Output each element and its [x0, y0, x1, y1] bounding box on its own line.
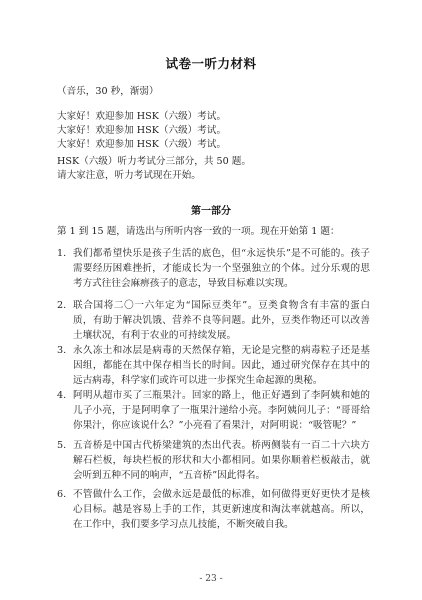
intro-music-note: （音乐，30 秒，渐弱） [57, 85, 372, 99]
page-title: 试卷一听力材料 [0, 54, 422, 72]
item-number: 6. [57, 487, 66, 502]
item-number: 1. [57, 246, 66, 261]
page-number: - 23 - [0, 574, 422, 584]
instruction-line: HSK（六级）听力考试分三部分，共 50 题。 [57, 155, 372, 169]
item-text: 五音桥是中国古代桥梁建筑的杰出代表。桥两侧装有一百二十六块方解石栏板，每块栏板的… [73, 438, 370, 483]
item-number: 2. [57, 298, 66, 313]
list-item: 4. 阿明从超市买了三瓶果汁。回家的路上，他正好遇到了李阿姨和她的儿子小亮，于是… [57, 388, 370, 433]
document-page: 试卷一听力材料 （音乐，30 秒，渐弱） 大家好！欢迎参加 HSK（六级）考试。… [0, 0, 422, 600]
list-item: 5. 五音桥是中国古代桥梁建筑的杰出代表。桥两侧装有一百二十六块方解石栏板，每块… [57, 438, 370, 483]
list-item: 3. 永久冻土和冰层是病毒的天然保存箱，无论是完整的病毒粒子还是基因组，都能在其… [57, 343, 370, 388]
section-instruction: 第 1 到 15 题，请选出与所听内容一致的一项。现在开始第 1 题： [57, 225, 372, 239]
list-item: 1. 我们都希望快乐是孩子生活的底色，但“永远快乐”是不可能的。孩子需要经历困难… [57, 246, 370, 291]
item-text: 永久冻土和冰层是病毒的天然保存箱，无论是完整的病毒粒子还是基因组，都能在其中保存… [73, 343, 370, 388]
greeting-line: 大家好！欢迎参加 HSK（六级）考试。 [57, 110, 372, 124]
instructions-block: HSK（六级）听力考试分三部分，共 50 题。 请大家注意，听力考试现在开始。 [57, 155, 372, 183]
section-instruction-text: 第 1 到 15 题，请选出与所听内容一致的一项。现在开始第 1 题： [57, 225, 372, 239]
greetings-block: 大家好！欢迎参加 HSK（六级）考试。 大家好！欢迎参加 HSK（六级）考试。 … [57, 110, 372, 152]
greeting-line: 大家好！欢迎参加 HSK（六级）考试。 [57, 138, 372, 152]
item-text: 联合国将二〇一六年定为“国际豆类年”。豆类食物含有丰富的蛋白质，有助于解决饥饿、… [73, 298, 370, 343]
item-text: 不管做什么工作，会做永远是最低的标准，如何做得更好更快才是核心目标。越是容易上手… [73, 487, 370, 532]
list-item: 2. 联合国将二〇一六年定为“国际豆类年”。豆类食物含有丰富的蛋白质，有助于解决… [57, 298, 370, 343]
list-item: 6. 不管做什么工作，会做永远是最低的标准，如何做得更好更快才是核心目标。越是容… [57, 487, 370, 532]
item-number: 4. [57, 388, 66, 403]
item-number: 3. [57, 343, 66, 358]
item-text: 我们都希望快乐是孩子生活的底色，但“永远快乐”是不可能的。孩子需要经历困难挫折，… [73, 246, 370, 291]
item-text: 阿明从超市买了三瓶果汁。回家的路上，他正好遇到了李阿姨和她的儿子小亮，于是阿明拿… [73, 388, 370, 433]
item-number: 5. [57, 438, 66, 453]
instruction-line: 请大家注意，听力考试现在开始。 [57, 169, 372, 183]
greeting-line: 大家好！欢迎参加 HSK（六级）考试。 [57, 124, 372, 138]
section-title: 第一部分 [0, 202, 422, 217]
intro-music-text: （音乐，30 秒，渐弱） [57, 85, 372, 99]
